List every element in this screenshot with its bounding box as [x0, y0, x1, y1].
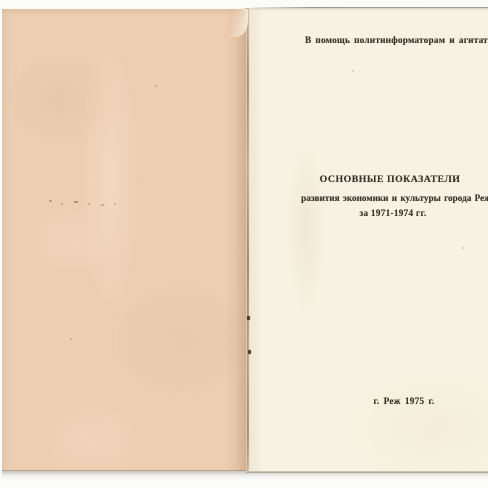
- foxing-speck: [352, 70, 354, 72]
- booklet-period: за 1971-1974 гг.: [359, 208, 426, 218]
- series-header-text: В помощь политинформаторам и агитаторам.: [305, 36, 488, 46]
- staple-bottom: [248, 350, 251, 354]
- imprint-place-year: г. Реж 1975 г.: [373, 396, 434, 406]
- foxing-speck: [155, 85, 157, 87]
- page-bottom-shadow: [2, 471, 488, 480]
- right-title-page: [246, 8, 488, 473]
- staple-top: [247, 316, 250, 320]
- spine-crease: [247, 10, 249, 469]
- foxing-speck: [88, 203, 90, 205]
- foxing-speck: [49, 200, 52, 202]
- foxing-speck: [70, 338, 72, 340]
- foxing-speck: [462, 247, 464, 249]
- foxing-speck: [61, 203, 63, 205]
- booklet-subtitle: развития экономики и культуры города Реж: [301, 193, 488, 203]
- left-blank-page: [2, 9, 246, 471]
- scanned-booklet-spread: В помощь политинформаторам и агитаторам.…: [0, 0, 488, 488]
- foxing-speck: [74, 201, 78, 203]
- foxing-speck: [114, 203, 116, 205]
- foxing-speck: [101, 204, 104, 206]
- booklet-title: ОСНОВНЫЕ ПОКАЗАТЕЛИ: [320, 174, 461, 185]
- page-top-edge: [252, 7, 488, 8]
